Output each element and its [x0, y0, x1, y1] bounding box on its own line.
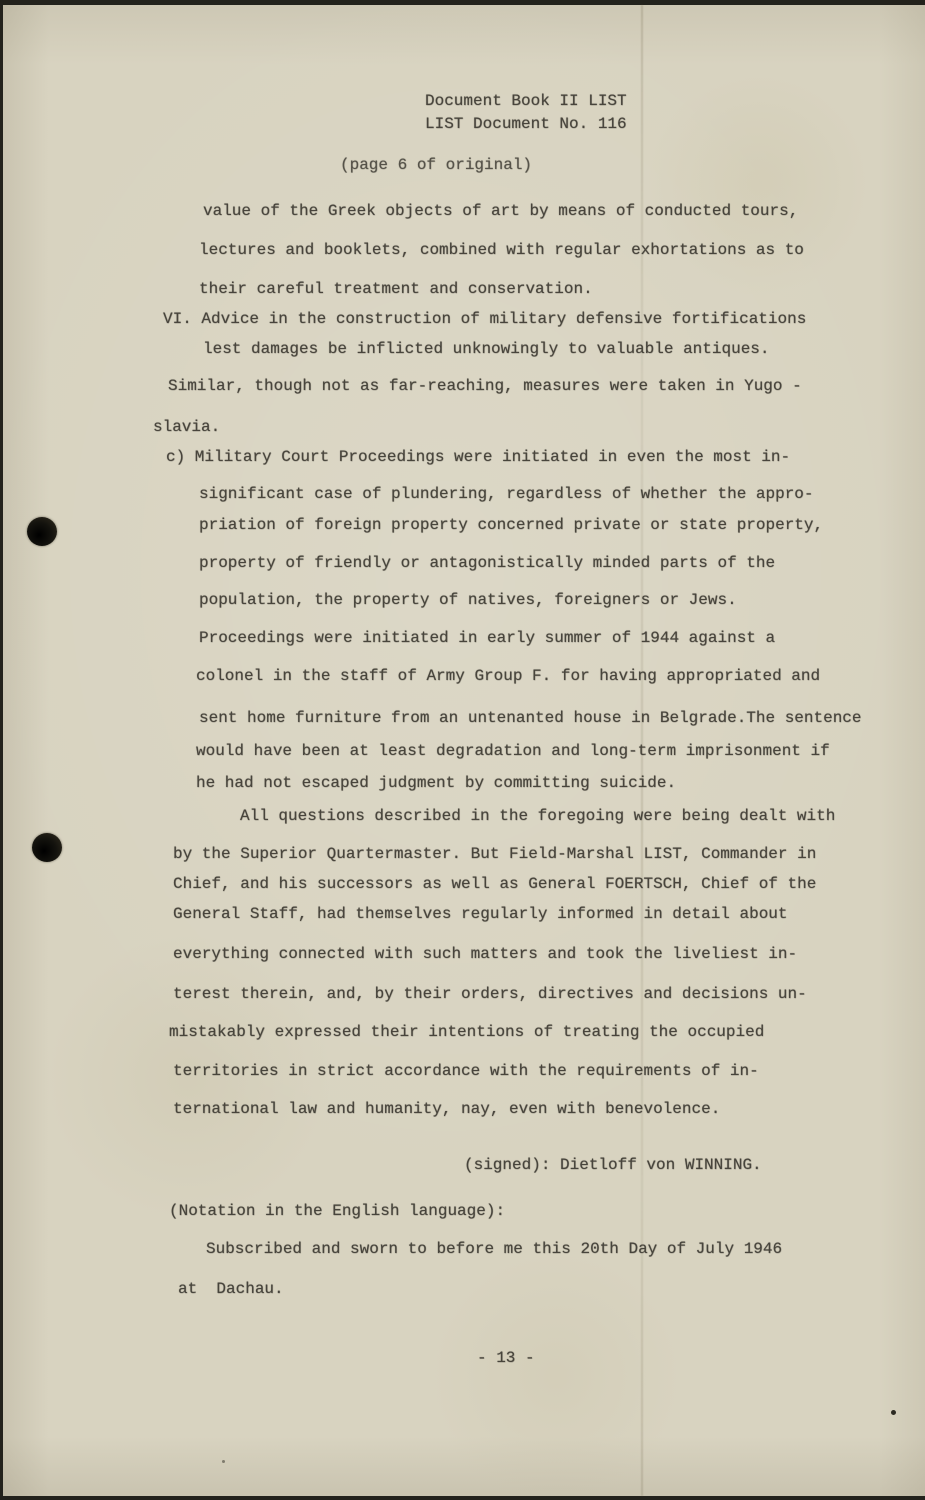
text-line: lest damages be inflicted unknowingly to… [203, 341, 770, 357]
text-line: Chief, and his successors as well as Gen… [173, 876, 816, 892]
text-line: territories in strict accordance with th… [173, 1063, 759, 1079]
text-line: c) Military Court Proceedings were initi… [166, 449, 790, 465]
text-line: property of friendly or antagonistically… [199, 555, 775, 571]
signature-line: (signed): Dietloff von WINNING. [464, 1157, 762, 1173]
text-line: slavia. [153, 419, 220, 435]
text-line: value of the Greek objects of art by mea… [203, 203, 798, 219]
text-line: Proceedings were initiated in early summ… [199, 630, 775, 646]
text-line: significant case of plundering, regardle… [199, 486, 814, 502]
doc-title-line-2: LIST Document No. 116 [425, 116, 627, 132]
punch-hole-bottom [32, 833, 62, 862]
ink-speck [891, 1410, 896, 1415]
page-number: - 13 - [477, 1350, 535, 1366]
text-line: VI. Advice in the construction of milita… [163, 311, 806, 327]
text-line: ternational law and humanity, nay, even … [173, 1101, 720, 1117]
punch-hole-top [27, 517, 57, 546]
text-line: General Staff, had themselves regularly … [173, 906, 788, 922]
text-line: priation of foreign property concerned p… [199, 517, 823, 533]
ink-speck [489, 102, 491, 104]
sworn-statement-line: Subscribed and sworn to before me this 2… [206, 1241, 782, 1257]
text-line: their careful treatment and conservation… [199, 281, 593, 297]
text-line: colonel in the staff of Army Group F. fo… [196, 668, 820, 684]
text-line: would have been at least degradation and… [196, 743, 830, 759]
text-line: population, the property of natives, for… [199, 592, 737, 608]
document-page: Document Book II LIST LIST Document No. … [3, 5, 925, 1496]
notation-line: (Notation in the English language): [169, 1203, 505, 1219]
doc-title-line-1: Document Book II LIST [425, 93, 627, 109]
text-line: Similar, though not as far-reaching, mea… [168, 378, 802, 394]
text-line: by the Superior Quartermaster. But Field… [173, 846, 816, 862]
text-line: All questions described in the foregoing… [240, 808, 835, 824]
page-note: (page 6 of original) [340, 157, 532, 173]
text-line: sent home furniture from an untenanted h… [199, 710, 862, 726]
text-line: mistakably expressed their intentions of… [169, 1024, 764, 1040]
ink-speck [222, 1460, 225, 1463]
text-line: everything connected with such matters a… [173, 946, 797, 962]
text-line: he had not escaped judgment by committin… [196, 775, 676, 791]
text-line: lectures and booklets, combined with reg… [199, 242, 804, 258]
text-line: terest therein, and, by their orders, di… [173, 986, 807, 1002]
place-line: at Dachau. [178, 1281, 284, 1297]
